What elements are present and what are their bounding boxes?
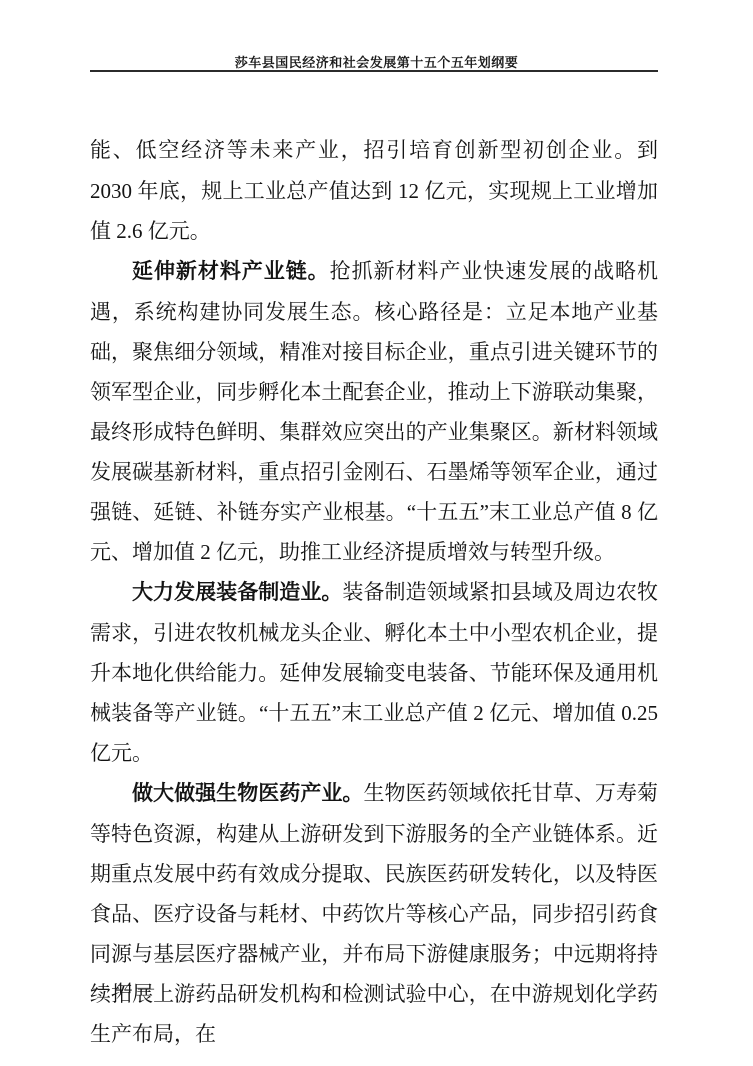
document-body: 能、低空经济等未来产业，招引培育创新型初创企业。到 2030 年底，规上工业总产… bbox=[90, 130, 658, 1054]
paragraph: 做大做强生物医药产业。生物医药领域依托甘草、万寿菊等特色资源，构建从上游研发到下… bbox=[90, 773, 658, 1054]
paragraph-text: 生物医药领域依托甘草、万寿菊等特色资源，构建从上游研发到下游服务的全产业链体系。… bbox=[90, 781, 658, 1046]
paragraph-lead: 延伸新材料产业链。 bbox=[132, 260, 330, 283]
paragraph-text: 抢抓新材料产业快速发展的战略机遇，系统构建协同发展生态。核心路径是：立足本地产业… bbox=[90, 259, 658, 564]
paragraph-lead: 做大做强生物医药产业。 bbox=[132, 782, 363, 805]
paragraph-text: 装备制造领域紧扣县域及周边农牧需求，引进农牧机械龙头企业、孵化本土中小型农机企业… bbox=[90, 580, 658, 765]
paragraph: 能、低空经济等未来产业，招引培育创新型初创企业。到 2030 年底，规上工业总产… bbox=[90, 130, 658, 251]
header-rule bbox=[90, 70, 658, 72]
header-title: 莎车县国民经济和社会发展第十五个五年划纲要 bbox=[0, 52, 753, 71]
paragraph-lead: 大力发展装备制造业。 bbox=[132, 581, 342, 604]
document-page: 莎车县国民经济和社会发展第十五个五年划纲要 能、低空经济等未来产业，招引培育创新… bbox=[0, 0, 753, 1066]
paragraph-text: 能、低空经济等未来产业，招引培育创新型初创企业。到 2030 年底，规上工业总产… bbox=[90, 138, 658, 243]
paragraph: 大力发展装备制造业。装备制造领域紧扣县域及周边农牧需求，引进农牧机械龙头企业、孵… bbox=[90, 572, 658, 773]
paragraph: 延伸新材料产业链。抢抓新材料产业快速发展的战略机遇，系统构建协同发展生态。核心路… bbox=[90, 251, 658, 572]
page-number: — 44 — bbox=[93, 977, 155, 1001]
